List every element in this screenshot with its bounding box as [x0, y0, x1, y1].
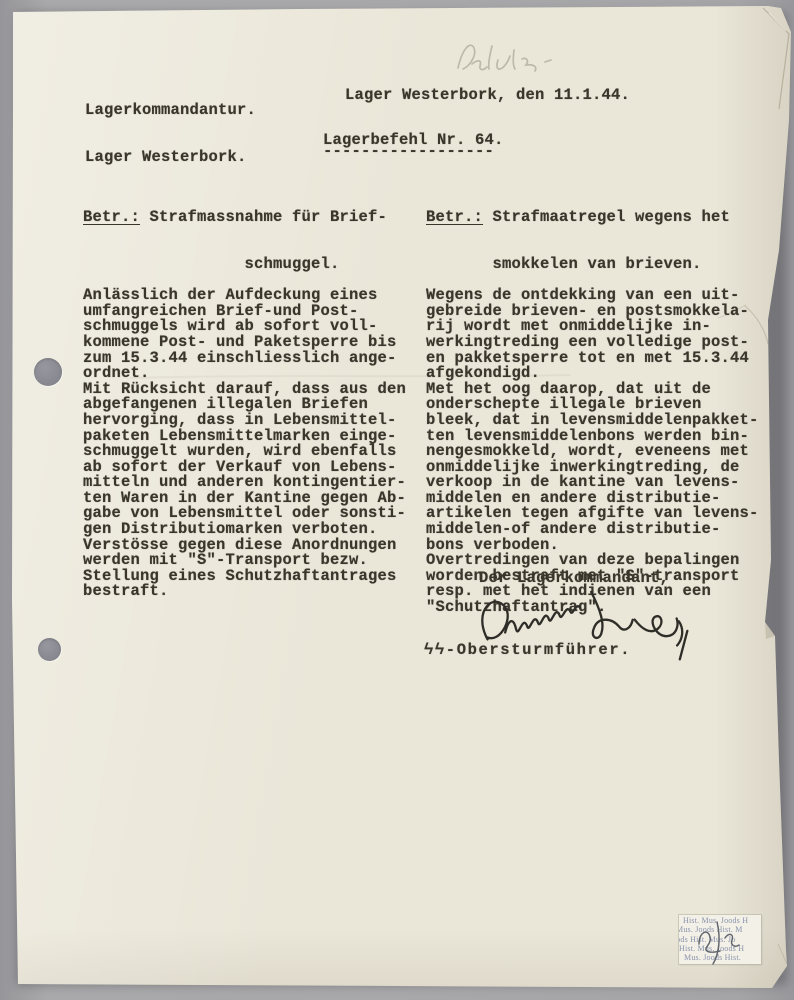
archive-sticker: Hist. Mus. Joods H Mus. Joods Hist. M oo… [679, 915, 761, 964]
document-page: Lagerkommandantur. Lager Westerbork. Lag… [10, 6, 792, 988]
dutch-body-text: smokkelen van brieven. Wegens de ontdekk… [426, 257, 759, 616]
sticker-line: Hist. Mus. Joods H [683, 916, 761, 925]
german-subject-line: Betr.: Strafmassnahme für Brief- [83, 210, 406, 226]
org-name-line1: Lagerkommandantur. [85, 103, 256, 119]
dateline: Lager Westerbork, den 11.1.44. [345, 88, 630, 104]
org-name-line2: Lager Westerbork. [85, 150, 256, 166]
punch-hole-top [34, 358, 62, 386]
sticker-line: Hist. Mus. Joods H [679, 944, 761, 953]
signature-salutation: Der Lagerkommandant, [479, 571, 669, 587]
german-betr-label: Betr.: [83, 208, 140, 226]
german-body-text: schmuggel. Anlässlich der Aufdeckung ein… [83, 257, 406, 600]
signature-rank: ϟϟ-Obersturmführer. [424, 643, 631, 659]
title-underline: ------------------ [323, 144, 494, 160]
dutch-betr-label: Betr.: [426, 208, 483, 226]
dutch-subject-line: Betr.: Strafmaatregel wegens het [426, 210, 759, 226]
german-betr-text: Strafmassnahme für Brief- [140, 208, 387, 226]
scan-background: Lagerkommandantur. Lager Westerbork. Lag… [0, 0, 794, 1000]
pencil-annotation [448, 26, 578, 82]
dutch-betr-text: Strafmaatregel wegens het [483, 208, 730, 226]
punch-hole-bottom [38, 638, 61, 661]
sticker-line: oods Hist. Mus. Jo [679, 935, 761, 944]
sticker-line: Mus. Joods Hist. M [679, 925, 761, 934]
sticker-line: Mus. Joods Hist. [684, 953, 761, 962]
german-column: Betr.: Strafmassnahme für Brief- schmugg… [83, 179, 406, 631]
